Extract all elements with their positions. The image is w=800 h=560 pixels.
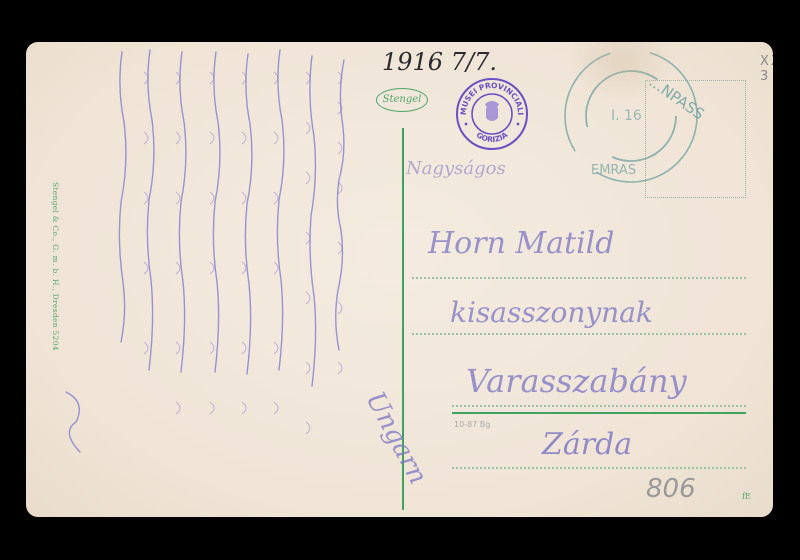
printer-mark: fE xyxy=(742,492,751,501)
address-line-3 xyxy=(452,405,746,407)
coat-of-arms-icon xyxy=(485,101,499,121)
town-underline xyxy=(452,412,746,414)
svg-text:I. 16: I. 16 xyxy=(611,108,642,124)
publisher-logo: Stengel xyxy=(376,88,428,112)
address-town: Varasszabány xyxy=(466,362,687,400)
museum-stamp: MUSEI PROVINCIALI GORIZIA xyxy=(454,76,530,152)
stamp-box xyxy=(645,80,746,198)
address-title: kisasszonynak xyxy=(450,296,653,329)
pencil-code: 10-87 Bg xyxy=(454,420,490,429)
page-reference: XXIV 3 xyxy=(760,54,773,84)
publisher-imprint: Stengel & Co., G. m. b. H., Dresden 5204 xyxy=(51,182,60,351)
address-salutation: Nagyságos xyxy=(406,158,506,179)
address-line-1 xyxy=(412,277,746,279)
svg-text:EMRAS: EMRAS xyxy=(591,163,636,178)
postcard: Stengel & Co., G. m. b. H., Dresden 5204… xyxy=(26,42,773,517)
address-name: Horn Matild xyxy=(428,226,614,261)
address-line-4 xyxy=(452,467,746,469)
inventory-number: 806 xyxy=(646,474,696,504)
address-institution: Zárda xyxy=(542,427,632,462)
address-line-2 xyxy=(412,333,746,335)
svg-text:GORIZIA: GORIZIA xyxy=(475,130,510,144)
archive-date-note: 1916 7/7. xyxy=(382,48,497,76)
